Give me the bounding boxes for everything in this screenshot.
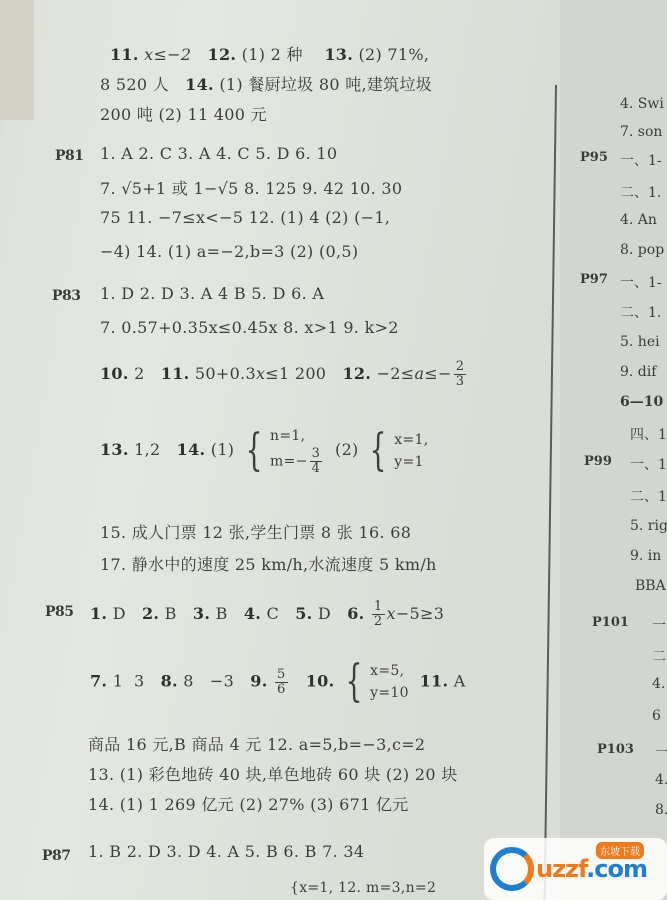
p85-line-4: 13. (1) 彩色地砖 40 块,单色地砖 60 块 (2) 20 块 [88,762,458,785]
page-label-p97: P97 [580,272,608,287]
right-entry: BBA [635,578,666,594]
right-entry: 4. [652,676,665,692]
page-label-p103: P103 [597,742,634,757]
right-entry: 9. dif [620,364,656,380]
fraction: 56 [275,668,288,697]
right-entry: 6 [652,708,661,724]
uzzf-watermark: uzzf.com 东坡下载 [484,838,667,900]
p85-line-3: 商品 16 元,B 商品 4 元 12. a=5,b=−3,c=2 [88,732,425,755]
watermark-badge: 东坡下载 [596,842,644,859]
page-label-p81: P81 [55,148,84,164]
right-entry: 8. pop [620,242,664,258]
right-entry: 二、1. [620,182,661,202]
p83-line-6: 17. 静水中的速度 25 km/h,水流速度 5 km/h [100,552,437,575]
p87-line-1: 1. B 2. D 3. D 4. A 5. B 6. B 7. 34 [88,842,364,861]
q-number: 13. [324,45,353,64]
p87-line-2: {x=1, 12. m=3,n=2 [290,880,436,896]
top-line-1: 11. x≤−2 12. (1) 2 种 13. (2) 71%, [110,42,429,65]
equation-system: {x=5,y=10 [340,660,409,704]
right-entry: 4. Swi [620,96,664,112]
right-entry: 一、1- [620,150,662,170]
fraction: 12 [372,600,385,629]
top-line-2: 8 520 人 14. (1) 餐厨垃圾 80 吨,建筑垃圾 [100,72,432,95]
q-number: 12. [208,45,237,64]
p83-line-4: 13. 1,2 14. (1) {n=1,m=−34 (2) {x=1,y=1 [100,425,428,476]
right-entry: 5. rig [630,518,667,534]
answer: (1) 餐厨垃圾 80 吨,建筑垃圾 [219,75,432,94]
p81-line-4: −4) 14. (1) a=−2,b=3 (2) (0,5) [100,242,358,261]
answer: (1) 2 种 [242,45,303,64]
right-entry: 一、1- [620,272,662,292]
right-entry: 6—10 [620,394,663,410]
page-label-p101: P101 [592,615,629,630]
right-entry: 一 [655,742,667,762]
right-entry: 一 [652,615,666,635]
watermark-text: uzzf.com [536,855,647,883]
right-entry: 二、1. [620,302,661,322]
p83-line-3: 10. 2 11. 50+0.3x≤1 200 12. −2≤a≤−23 [100,360,468,389]
right-entry: 二、1 [630,486,667,506]
equation-system: {x=1,y=1 [364,429,428,473]
page-label-p85: P85 [45,604,74,620]
p81-line-2: 7. √5+1 或 1−√5 8. 125 9. 42 10. 30 [100,176,402,199]
uzzf-logo-icon [490,847,534,891]
p83-line-2: 7. 0.57+0.35x≤0.45x 8. x>1 9. k>2 [100,318,399,337]
right-entry: 5. hei [620,334,660,350]
page-label-p83: P83 [52,288,81,304]
page-edge [0,0,34,120]
p85-line-2: 7. 1 3 8. 8 −3 9. 56 10. {x=5,y=10 11. A [90,660,466,704]
right-entry: 四、1 [630,424,667,444]
answer: (2) 71%, [358,45,429,64]
p81-line-3: 75 11. −7≤x<−5 12. (1) 4 (2) (−1, [100,208,390,227]
p85-line-5: 14. (1) 1 269 亿元 (2) 27% (3) 671 亿元 [88,792,409,815]
right-entry: 7. son [620,124,662,140]
answer: 200 吨 (2) 11 400 元 [100,105,267,124]
page-label-p95: P95 [580,150,608,165]
answer: 8 520 人 [100,75,169,94]
p83-line-5: 15. 成人门票 12 张,学生门票 8 张 16. 68 [100,520,411,543]
page-label-p87: P87 [42,848,71,864]
p83-line-1: 1. D 2. D 3. A 4 B 5. D 6. A [100,284,324,303]
equation-system: {n=1,m=−34 [240,425,325,476]
right-entry: 二 [652,646,666,666]
right-entry: 一、1 [630,454,667,474]
p85-line-1: 1. D 2. B 3. B 4. C 5. D 6. 12x−5≥3 [90,600,444,629]
right-entry: 4. [655,772,667,788]
right-entry: 4. An [620,212,657,228]
answer: x≤−2 [144,45,191,64]
page-label-p99: P99 [584,454,612,469]
right-entry: 8. [655,802,667,818]
p81-line-1: 1. A 2. C 3. A 4. C 5. D 6. 10 [100,144,337,163]
fraction: 23 [454,360,467,389]
right-entry: 9. in [630,548,661,564]
top-line-3: 200 吨 (2) 11 400 元 [100,102,267,125]
q-number: 11. [110,45,139,64]
q-number: 14. [185,75,214,94]
